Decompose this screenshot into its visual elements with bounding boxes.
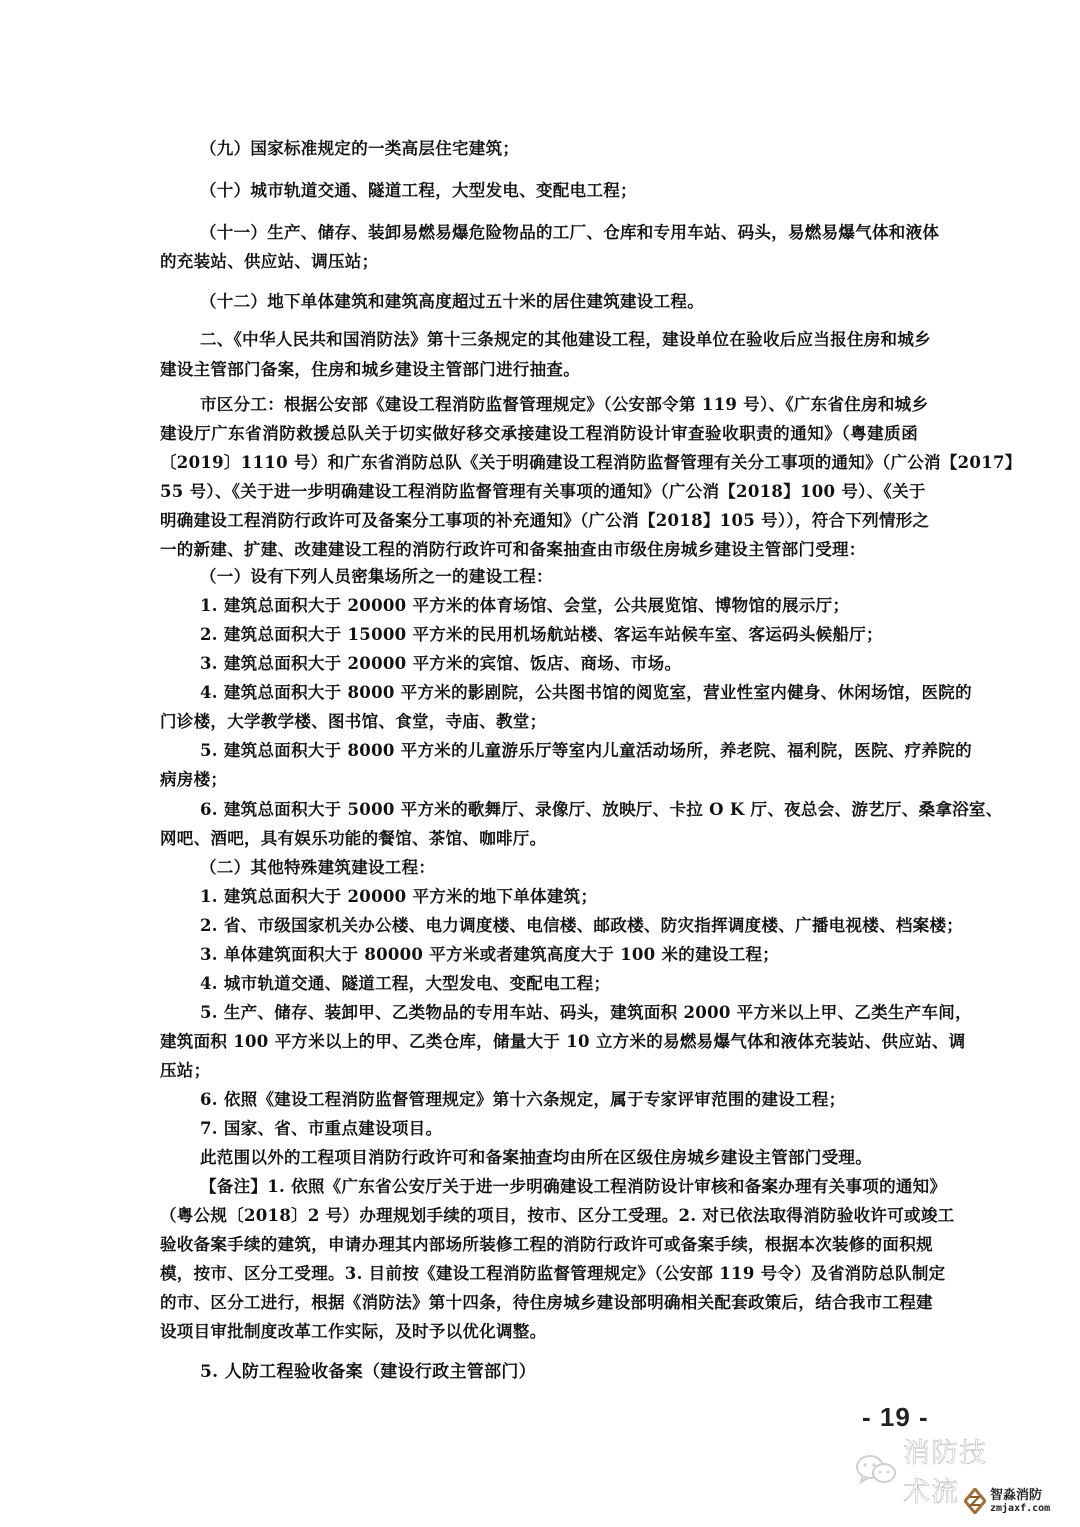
section-heading: 5. 人防工程验收备案（建设行政主管部门） (160, 1361, 918, 1383)
brand-watermark: 智淼消防 zmjaxf.com (964, 1488, 1050, 1514)
text-line: 模，按市、区分工受理。3. 目前按《建设工程消防监督管理规定》（公安部 119 … (160, 1263, 918, 1285)
text-line: 设项目审批制度改革工作实际，及时予以优化调整。 (160, 1321, 918, 1343)
text-line: 建设主管部门备案，住房和城乡建设主管部门进行抽查。 (160, 359, 918, 381)
text-line: 3. 建筑总面积大于 20000 平方米的宾馆、饭店、商场、市场。 (160, 653, 918, 675)
brand-logo-icon (964, 1488, 986, 1514)
text-line: （一）设有下列人员密集场所之一的建设工程： (160, 566, 918, 588)
text-line: 4. 建筑总面积大于 8000 平方米的影剧院，公共图书馆的阅览室，营业性室内健… (160, 682, 918, 704)
page-number: - 19 - (862, 1402, 929, 1433)
text-line: 验收备案手续的建筑，申请办理其内部场所装修工程的消防行政许可或备案手续，根据本次… (160, 1234, 918, 1256)
text-line: 此范围以外的工程项目消防行政许可和备案抽查均由所在区级住房城乡建设主管部门受理。 (160, 1147, 918, 1169)
text-line: （粤公规〔2018〕2 号）办理规划手续的项目，按市、区分工受理。2. 对已依法… (160, 1205, 918, 1227)
wechat-icon (855, 1454, 897, 1486)
text-line: 6. 依照《建设工程消防监督管理规定》第十六条规定，属于专家评审范围的建设工程； (160, 1089, 918, 1111)
text-line: 5. 建筑总面积大于 8000 平方米的儿童游乐厅等室内儿童活动场所，养老院、福… (160, 740, 918, 762)
text-line: 一的新建、扩建、改建建设工程的消防行政许可和备案抽查由市级住房城乡建设主管部门受… (160, 539, 918, 561)
text-line: 7. 国家、省、市重点建设项目。 (160, 1118, 918, 1140)
text-line: 建筑面积 100 平方米以上的甲、乙类仓库，储量大于 10 立方米的易燃易爆气体… (160, 1031, 918, 1053)
text-line: 【备注】1. 依照《广东省公安厅关于进一步明确建设工程消防设计审核和备案办理有关… (160, 1176, 918, 1198)
text-line: 6. 建筑总面积大于 5000 平方米的歌舞厅、录像厅、放映厅、卡拉 O K 厅… (160, 799, 918, 821)
text-line: 4. 城市轨道交通、隧道工程，大型发电、变配电工程； (160, 973, 918, 995)
brand-url: zmjaxf.com (990, 1504, 1050, 1514)
text-line: （二）其他特殊建筑建设工程： (160, 857, 918, 879)
wechat-watermark: 消防技术流 (855, 1452, 995, 1488)
text-line: 建设厅广东省消防救援总队关于切实做好移交承接建设工程消防设计审查验收职责的通知》… (160, 423, 918, 445)
text-line: 2. 建筑总面积大于 15000 平方米的民用机场航站楼、客运车站候车室、客运码… (160, 624, 918, 646)
text-line: 2. 省、市级国家机关办公楼、电力调度楼、电信楼、邮政楼、防灾指挥调度楼、广播电… (160, 915, 918, 937)
text-line: 3. 单体建筑面积大于 80000 平方米或者建筑高度大于 100 米的建设工程… (160, 944, 918, 966)
text-line: （十二）地下单体建筑和建筑高度超过五十米的居住建筑建设工程。 (160, 291, 918, 313)
text-line: 的市、区分工进行，根据《消防法》第十四条，待住房城乡建设部明确相关配套政策后，结… (160, 1292, 918, 1314)
text-line: 1. 建筑总面积大于 20000 平方米的体育场馆、会堂，公共展览馆、博物馆的展… (160, 595, 918, 617)
text-line: 〔2019〕1110 号）和广东省消防总队《关于明确建设工程消防监督管理有关分工… (160, 452, 918, 474)
text-line: （九）国家标准规定的一类高层住宅建筑； (160, 138, 918, 160)
text-line: 二、《中华人民共和国消防法》第十三条规定的其他建设工程，建设单位在验收后应当报住… (160, 329, 918, 351)
brand-name: 智淼消防 (990, 1489, 1050, 1502)
text-line: 1. 建筑总面积大于 20000 平方米的地下单体建筑； (160, 886, 918, 908)
text-line: （十）城市轨道交通、隧道工程，大型发电、变配电工程； (160, 180, 918, 202)
text-line: 55 号）、《关于进一步明确建设工程消防监督管理有关事项的通知》（广公消【201… (160, 481, 918, 503)
text-line: 5. 生产、储存、装卸甲、乙类物品的专用车站、码头，建筑面积 2000 平方米以… (160, 1002, 918, 1024)
text-line: 压站； (160, 1060, 918, 1082)
text-line: （十一）生产、储存、装卸易燃易爆危险物品的工厂、仓库和专用车站、码头，易燃易爆气… (160, 222, 918, 244)
text-line: 门诊楼，大学教学楼、图书馆、食堂，寺庙、教堂； (160, 711, 918, 733)
text-line: 网吧、酒吧，具有娱乐功能的餐馆、茶馆、咖啡厅。 (160, 828, 918, 850)
text-line: 市区分工：根据公安部《建设工程消防监督管理规定》（公安部令第 119 号）、《广… (160, 394, 918, 416)
text-line: 病房楼； (160, 769, 918, 791)
text-line: 的充装站、供应站、调压站； (160, 251, 918, 273)
text-line: 明确建设工程消防行政许可及备案分工事项的补充通知》（广公消【2018】105 号… (160, 510, 918, 532)
